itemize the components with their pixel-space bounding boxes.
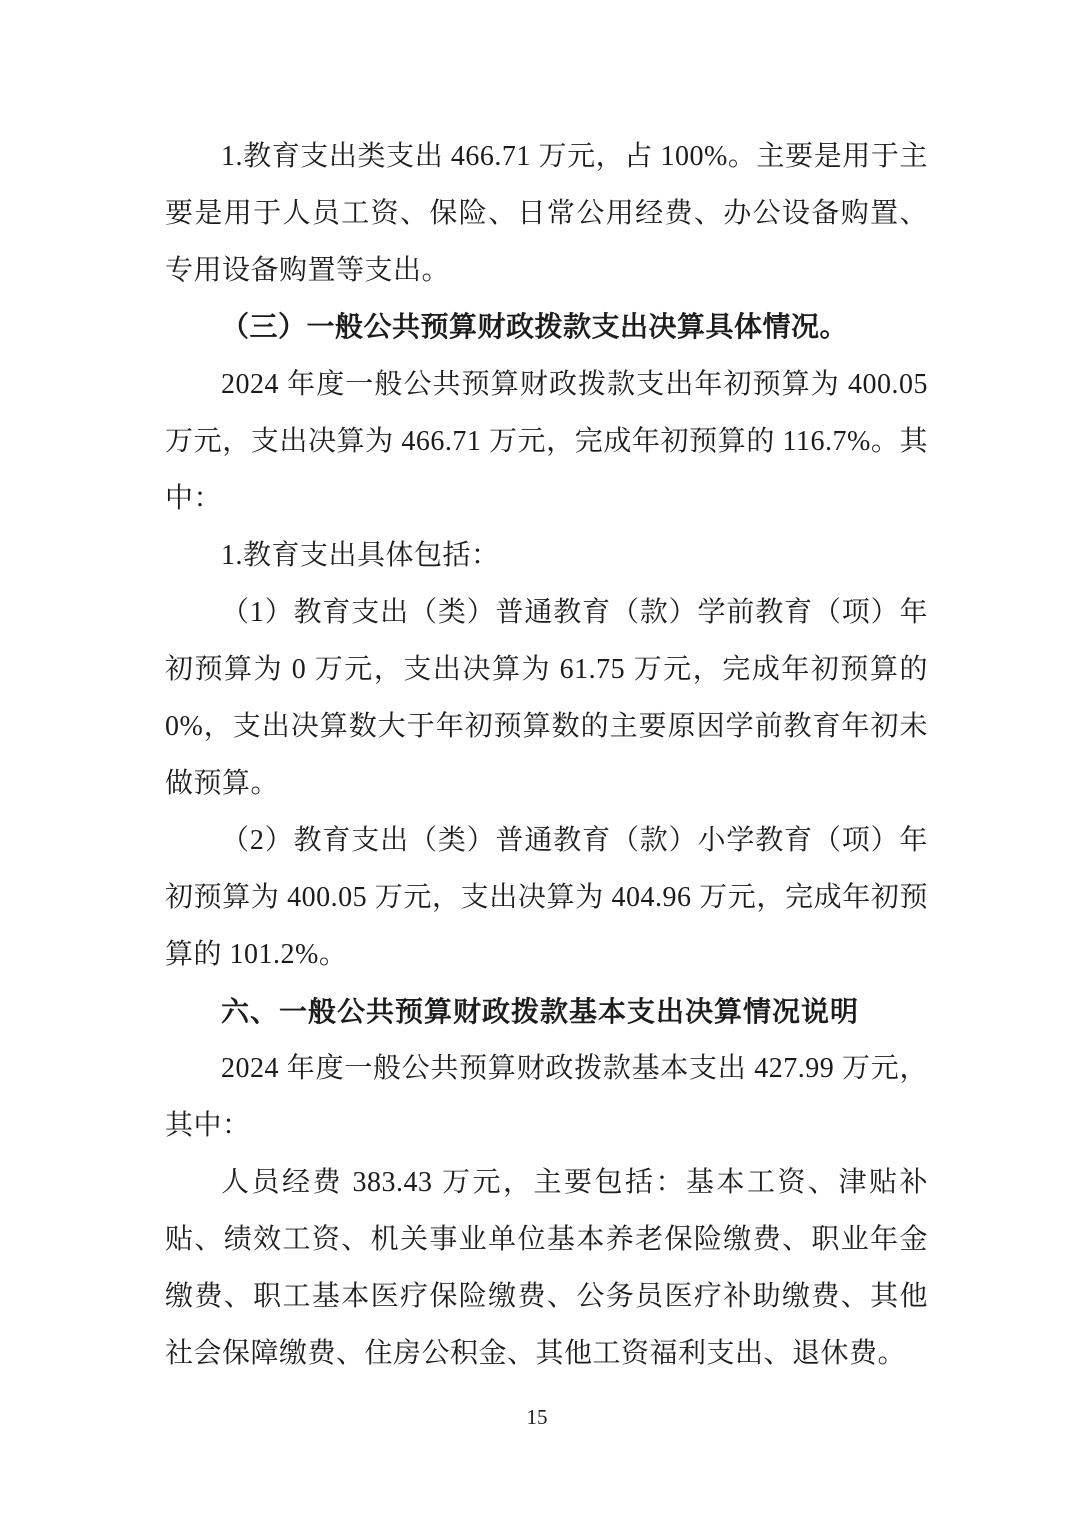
document-page: 1.教育支出类支出 466.71 万元，占 100%。主要是用于主要是用于人员工… xyxy=(0,0,1074,1520)
section-heading-3-fiscal-allocation-details: （三）一般公共预算财政拨款支出决算具体情况。 xyxy=(165,299,928,356)
paragraph-education-expenditure-summary: 1.教育支出类支出 466.71 万元，占 100%。主要是用于主要是用于人员工… xyxy=(165,128,928,299)
section-heading-6-basic-expenditure-statement: 六、一般公共预算财政拨款基本支出决算情况说明 xyxy=(165,983,928,1040)
paragraph-education-expenditure-includes: 1.教育支出具体包括： xyxy=(165,527,928,584)
paragraph-item-2-primary-education: （2）教育支出（类）普通教育（款）小学教育（项）年初预算为 400.05 万元，… xyxy=(165,812,928,983)
paragraph-2024-budget-overview: 2024 年度一般公共预算财政拨款支出年初预算为 400.05 万元，支出决算为… xyxy=(165,356,928,527)
page-number: 15 xyxy=(0,1402,1074,1432)
document-body: 1.教育支出类支出 466.71 万元，占 100%。主要是用于主要是用于人员工… xyxy=(165,128,928,1382)
paragraph-item-1-preschool-education: （1）教育支出（类）普通教育（款）学前教育（项）年初预算为 0 万元，支出决算为… xyxy=(165,584,928,812)
paragraph-2024-basic-expenditure: 2024 年度一般公共预算财政拨款基本支出 427.99 万元，其中： xyxy=(165,1040,928,1154)
paragraph-personnel-funds-detail: 人员经费 383.43 万元，主要包括：基本工资、津贴补贴、绩效工资、机关事业单… xyxy=(165,1154,928,1382)
